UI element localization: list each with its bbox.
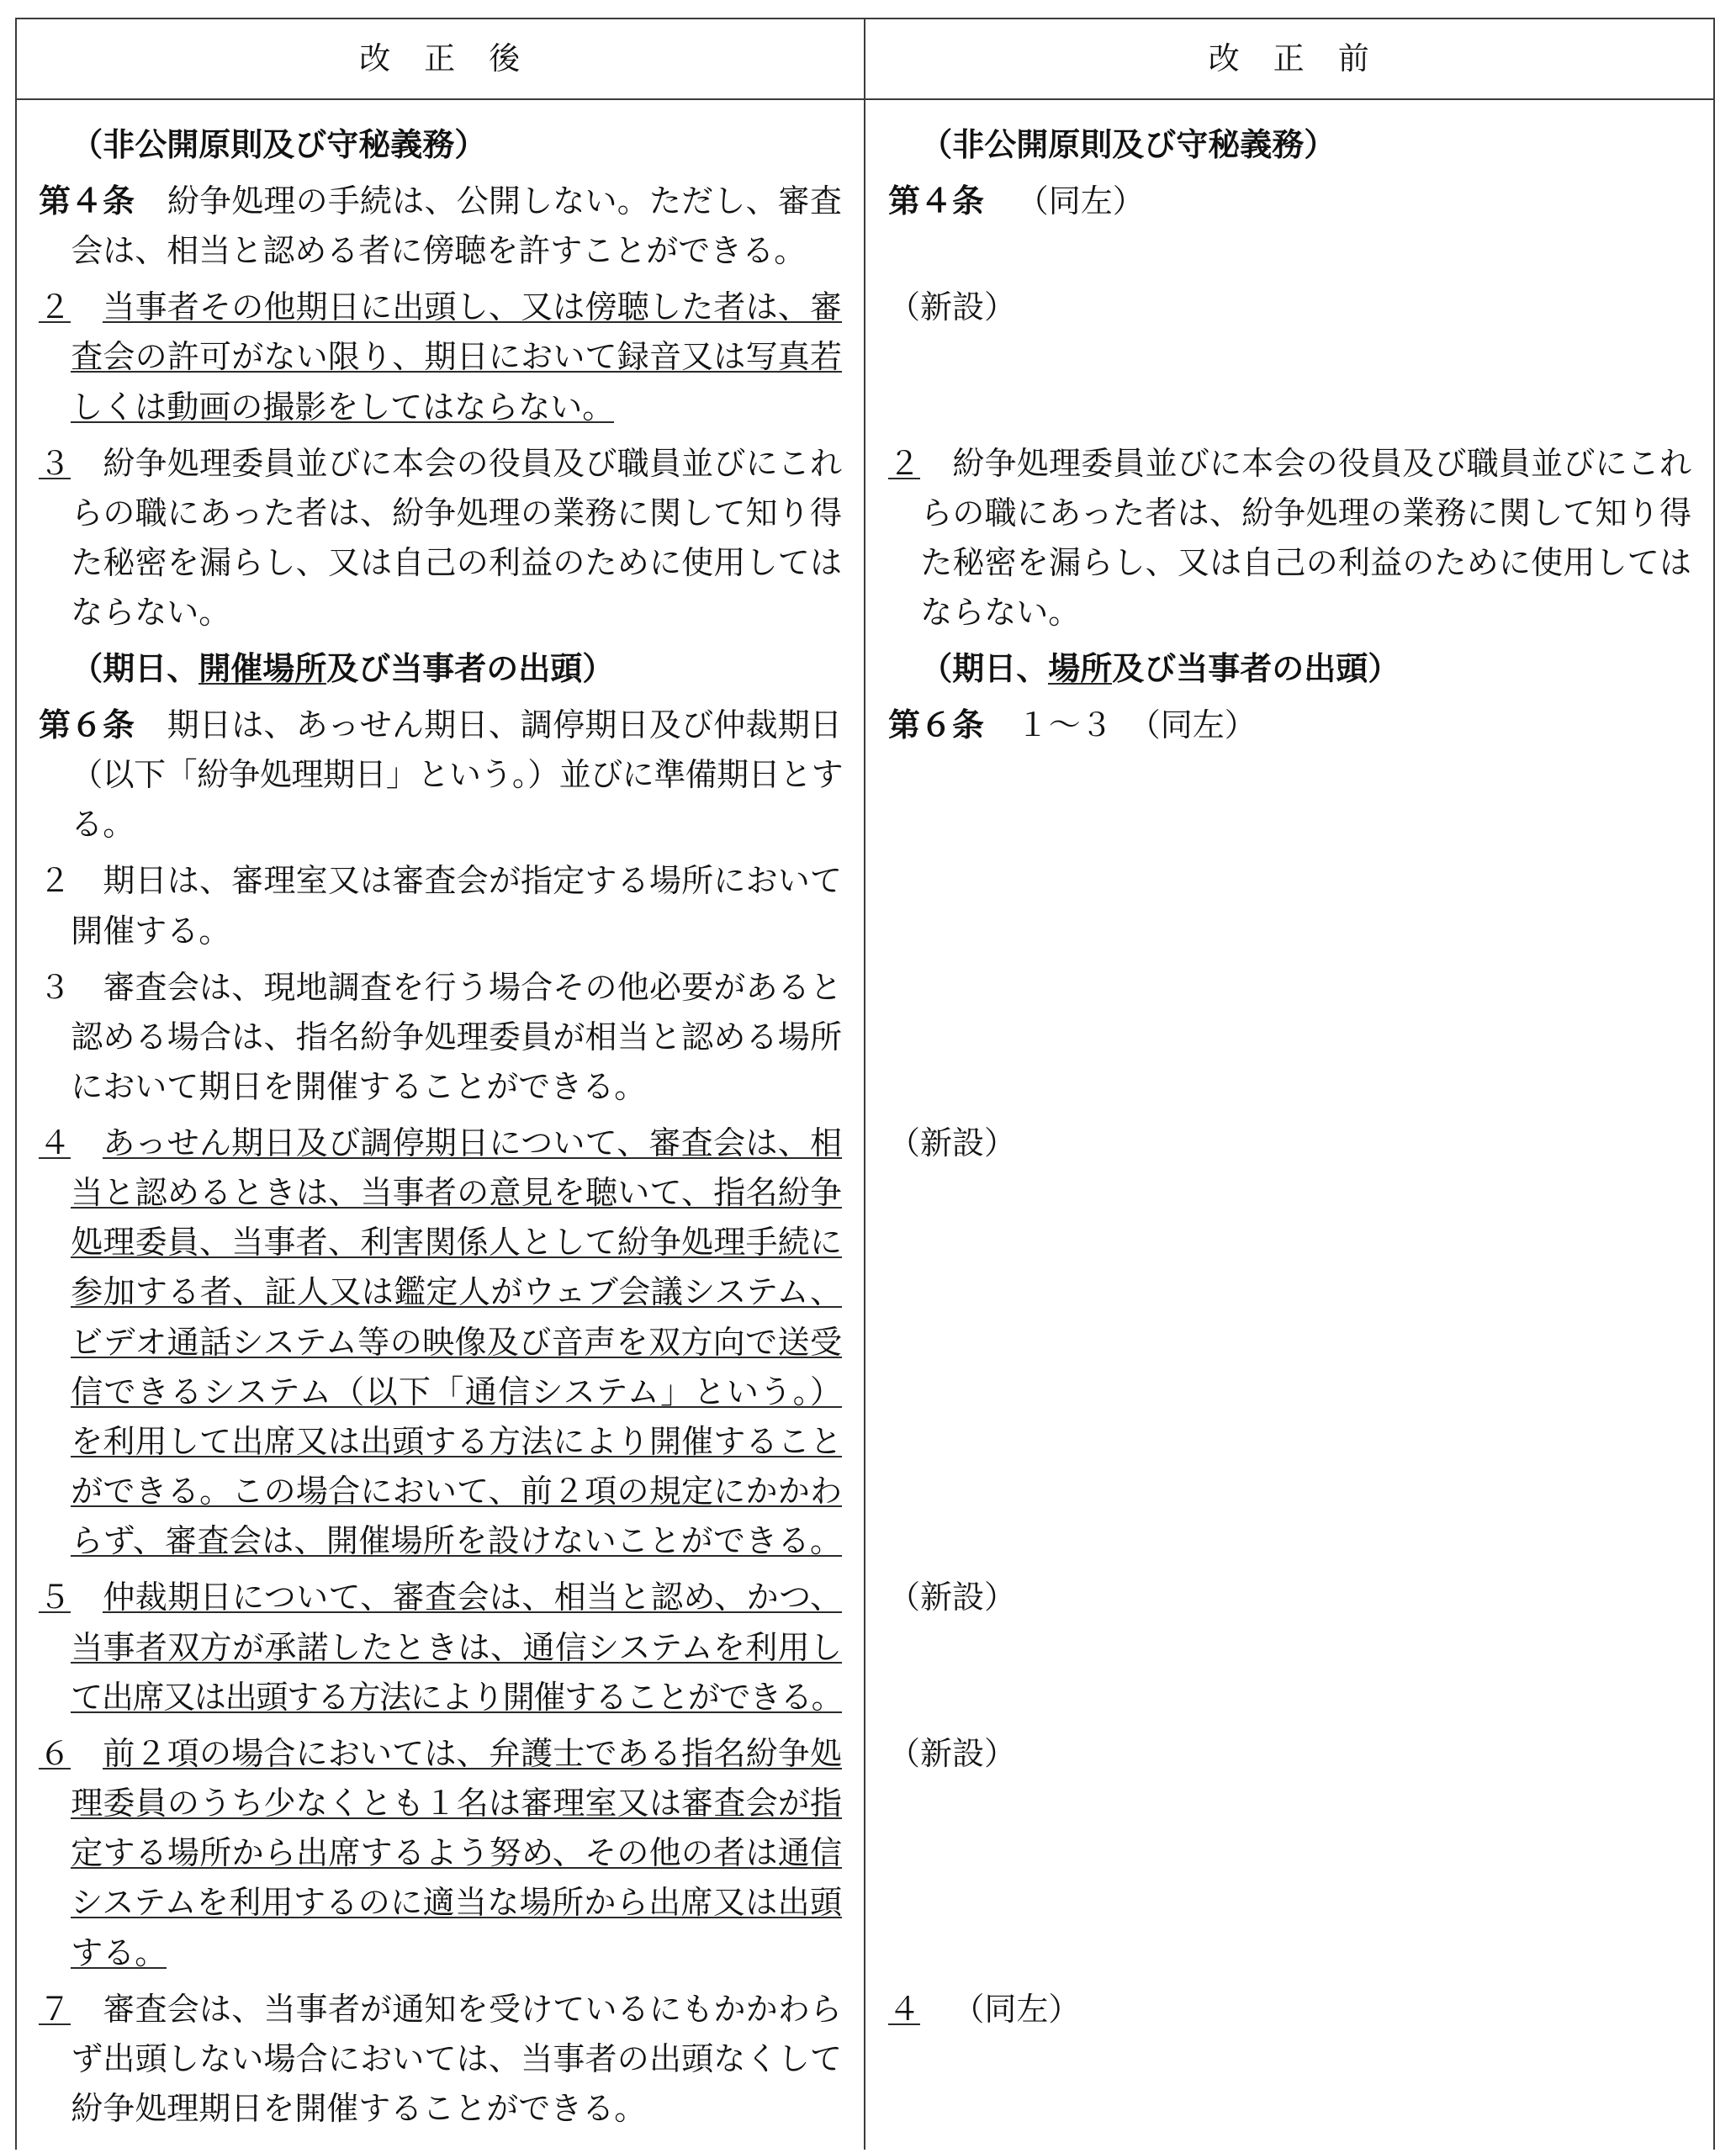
line-text: 仲裁期日について、審査会は、相当と認め、かつ、 — [103, 1583, 842, 1613]
line-text: 参加する者、証人又は鑑定人がウェブ会議システム、 — [71, 1278, 842, 1308]
line-text: 紛争処理の手続は、公開しない。ただし、審査 — [167, 187, 842, 215]
amended-cell: ２ 期日は、審理室又は審査会が指定する場所において 開催する。 — [0, 856, 865, 955]
caption-text: 及び当事者の出頭） — [326, 654, 614, 683]
note-text: （新設） — [888, 293, 1016, 321]
comparison-row: ２ 期日は、審理室又は審査会が指定する場所において 開催する。 — [0, 856, 1736, 955]
text-line: ２ 紛争処理委員並びに本会の役員及び職員並びにこれ — [888, 438, 1691, 488]
current-cell: 第６条 １～３ （同左） — [865, 700, 1736, 849]
column-header-current: 改 正 前 — [865, 19, 1713, 98]
text-line: ４ （同左） — [888, 1984, 1691, 2034]
line-text: あっせん期日及び調停期日について、審査会は、相 — [103, 1129, 842, 1159]
caption-text: （期日、 — [920, 654, 1048, 683]
label-spacer — [985, 187, 1017, 215]
text-line: 認める場合は、指名紛争処理委員が相当と認める場所 — [39, 1012, 842, 1061]
text-line: て出席又は出頭する方法により開催することができる。 — [39, 1672, 842, 1722]
text-line: らの職にあった者は、紛争処理の業務に関して知り得 — [39, 488, 842, 537]
line-text: （同左） — [1017, 187, 1145, 215]
comparison-row: ３ 審査会は、現地調査を行う場合その他必要があると 認める場合は、指名紛争処理委… — [0, 962, 1736, 1112]
line-text: て出席又は出頭する方法により開催することができる。 — [71, 1683, 842, 1713]
text-line: た秘密を漏らし、又は自己の利益のために使用しては — [888, 537, 1691, 587]
line-text: 審査会は、現地調査を行う場合その他必要があると — [103, 973, 842, 1002]
text-line: 開催する。 — [39, 906, 842, 955]
item-number: ２ — [888, 449, 920, 479]
number-spacer — [71, 1995, 103, 2023]
item-number: ７ — [39, 1995, 71, 2025]
line-text: （以下「紛争処理期日」という。）並びに準備期日とす — [71, 760, 842, 789]
amended-cell: ２ 当事者その他期日に出頭し、又は傍聴した者は、審 査会の許可がない限り、期日に… — [0, 283, 865, 432]
line-text: 開催する。 — [71, 917, 230, 945]
amended-cell: （非公開原則及び守秘義務） — [0, 119, 865, 169]
column-header-amended: 改 正 後 — [17, 19, 864, 98]
current-cell: （新設） — [865, 1573, 1736, 1722]
text-line: 処理委員、当事者、利害関係人として紛争処理手続に — [39, 1218, 842, 1267]
text-line: 第４条 紛争処理の手続は、公開しない。ただし、審査 — [39, 176, 842, 225]
text-line: ２ 当事者その他期日に出頭し、又は傍聴した者は、審 — [39, 283, 842, 332]
amended-cell: ６ 前２項の場合においては、弁護士である指名紛争処 理委員のうち少なくとも１名は… — [0, 1728, 865, 1977]
line-text: １～３ （同左） — [1017, 711, 1257, 739]
line-text: 紛争処理期日を開催することができる。 — [71, 2094, 646, 2123]
text-line: を利用して出席又は出頭する方法により開催すること — [39, 1416, 842, 1466]
text-line: ７ 審査会は、当事者が通知を受けているにもかかわら — [39, 1984, 842, 2034]
text-line: 第６条 １～３ （同左） — [888, 700, 1691, 749]
line-text: 当と認めるときは、当事者の意見を聴いて、指名紛争 — [71, 1178, 842, 1209]
article-caption: （非公開原則及び守秘義務） — [39, 119, 842, 169]
article-label: 第４条 — [39, 187, 135, 215]
text-line: 会は、相当と認める者に傍聴を許すことができる。 — [39, 226, 842, 276]
caption-text: （非公開原則及び守秘義務） — [71, 130, 486, 159]
comparison-row: ５ 仲裁期日について、審査会は、相当と認め、かつ、 当事者双方が承諾したときは、… — [0, 1573, 1736, 1722]
line-text: 認める場合は、指名紛争処理委員が相当と認める場所 — [71, 1023, 842, 1051]
comparison-table-body: （非公開原則及び守秘義務） （非公開原則及び守秘義務） 第４条 紛争処理の手続は… — [0, 119, 1736, 2133]
comparison-row: （期日、 開催場所 及び当事者の出頭） （期日、 場所 及び当事者の出頭） — [0, 643, 1736, 693]
article-label: 第６条 — [39, 711, 135, 739]
line-text: 当事者双方が承諾したときは、通信システムを利用し — [71, 1633, 842, 1664]
text-line: （新設） — [888, 1118, 1691, 1167]
comparison-row: （非公開原則及び守秘義務） （非公開原則及び守秘義務） — [0, 119, 1736, 169]
amended-cell: ５ 仲裁期日について、審査会は、相当と認め、かつ、 当事者双方が承諾したときは、… — [0, 1573, 865, 1722]
article-caption: （期日、 場所 及び当事者の出頭） — [888, 643, 1691, 693]
text-line: （新設） — [888, 1728, 1691, 1778]
line-text: た秘密を漏らし、又は自己の利益のために使用しては — [71, 548, 842, 577]
comparison-row: ２ 当事者その他期日に出頭し、又は傍聴した者は、審 査会の許可がない限り、期日に… — [0, 283, 1736, 432]
line-text: 処理委員、当事者、利害関係人として紛争処理手続に — [71, 1228, 842, 1258]
comparison-row: ７ 審査会は、当事者が通知を受けているにもかかわら ず出頭しない場合においては、… — [0, 1984, 1736, 2134]
number-spacer — [71, 866, 103, 895]
line-text: 前２項の場合においては、弁護士である指名紛争処 — [103, 1739, 842, 1769]
line-text: 当事者その他期日に出頭し、又は傍聴した者は、審 — [103, 293, 842, 323]
header-divider — [15, 98, 1715, 100]
text-line: 参加する者、証人又は鑑定人がウェブ会議システム、 — [39, 1267, 842, 1317]
line-text: 査会の許可がない限り、期日において録音又は写真若 — [71, 342, 842, 373]
current-cell — [865, 962, 1736, 1112]
line-text: を利用して出席又は出頭する方法により開催すること — [71, 1427, 842, 1457]
amended-cell: 第４条 紛争処理の手続は、公開しない。ただし、審査 会は、相当と認める者に傍聴を… — [0, 176, 865, 275]
line-text: ができる。この場合において、前２項の規定にかかわ — [71, 1477, 842, 1507]
line-text: する。 — [71, 1939, 167, 1969]
text-line: た秘密を漏らし、又は自己の利益のために使用しては — [39, 537, 842, 587]
line-text: 紛争処理委員並びに本会の役員及び職員並びにこれ — [952, 449, 1691, 478]
article-caption: （非公開原則及び守秘義務） — [888, 119, 1691, 169]
text-line: 紛争処理期日を開催することができる。 — [39, 2083, 842, 2133]
line-text: ならない。 — [71, 598, 230, 627]
amended-cell: ４ あっせん期日及び調停期日について、審査会は、相 当と認めるときは、当事者の意… — [0, 1118, 865, 1566]
note-text: （新設） — [888, 1583, 1016, 1611]
comparison-row: ３ 紛争処理委員並びに本会の役員及び職員並びにこれ らの職にあった者は、紛争処理… — [0, 438, 1736, 637]
item-number: ２ — [39, 866, 71, 895]
label-spacer — [985, 711, 1017, 739]
text-line: ならない。 — [39, 587, 842, 637]
text-line: 当事者双方が承諾したときは、通信システムを利用し — [39, 1622, 842, 1672]
comparison-row: 第４条 紛争処理の手続は、公開しない。ただし、審査 会は、相当と認める者に傍聴を… — [0, 176, 1736, 275]
note-text: （新設） — [888, 1739, 1016, 1768]
text-line: ３ 審査会は、現地調査を行う場合その他必要があると — [39, 962, 842, 1012]
text-line: （新設） — [888, 1573, 1691, 1622]
line-text: 紛争処理委員並びに本会の役員及び職員並びにこれ — [103, 449, 842, 478]
amended-cell: ７ 審査会は、当事者が通知を受けているにもかかわら ず出頭しない場合においては、… — [0, 1984, 865, 2134]
label-spacer — [135, 187, 167, 215]
text-line: 第４条 （同左） — [888, 176, 1691, 225]
line-text: ならない。 — [920, 598, 1080, 627]
line-text: 理委員のうち少なくとも１名は審理室又は審査会が指 — [71, 1789, 842, 1819]
line-text: らの職にあった者は、紛争処理の業務に関して知り得 — [71, 499, 842, 527]
amended-cell: ３ 審査会は、現地調査を行う場合その他必要があると 認める場合は、指名紛争処理委… — [0, 962, 865, 1112]
caption-changed-text: 場所 — [1048, 654, 1112, 685]
number-spacer — [71, 1129, 103, 1157]
number-spacer — [920, 449, 952, 478]
comparison-row: 第６条 期日は、あっせん期日、調停期日及び仲裁期日 （以下「紛争処理期日」という… — [0, 700, 1736, 849]
line-text: （同左） — [952, 1995, 1080, 2023]
text-line: （以下「紛争処理期日」という。）並びに準備期日とす — [39, 750, 842, 800]
number-spacer — [920, 1995, 952, 2023]
text-line: において期日を開催することができる。 — [39, 1061, 842, 1111]
text-line: システムを利用するのに適当な場所から出席又は出頭 — [39, 1878, 842, 1928]
line-text: 審査会は、当事者が通知を受けているにもかかわら — [103, 1995, 842, 2023]
comparison-row: ６ 前２項の場合においては、弁護士である指名紛争処 理委員のうち少なくとも１名は… — [0, 1728, 1736, 1977]
text-line: る。 — [39, 800, 842, 849]
caption-text: （非公開原則及び守秘義務） — [920, 130, 1336, 159]
text-line: しくは動画の撮影をしてはならない。 — [39, 382, 842, 431]
text-line: ならない。 — [888, 587, 1691, 637]
item-number: ６ — [39, 1739, 71, 1769]
line-text: る。 — [71, 810, 135, 838]
line-text: しくは動画の撮影をしてはならない。 — [71, 393, 614, 423]
comparison-row: ４ あっせん期日及び調停期日について、審査会は、相 当と認めるときは、当事者の意… — [0, 1118, 1736, 1566]
text-line: 当と認めるときは、当事者の意見を聴いて、指名紛争 — [39, 1168, 842, 1218]
number-spacer — [71, 293, 103, 321]
line-text: 期日は、審理室又は審査会が指定する場所において — [103, 866, 842, 895]
item-number: ４ — [39, 1129, 71, 1159]
item-number: ３ — [39, 449, 71, 479]
text-line: する。 — [39, 1928, 842, 1977]
note-text: （新設） — [888, 1129, 1016, 1157]
line-text: た秘密を漏らし、又は自己の利益のために使用しては — [920, 548, 1691, 577]
text-line: ２ 期日は、審理室又は審査会が指定する場所において — [39, 856, 842, 906]
current-cell: （新設） — [865, 1118, 1736, 1566]
line-text: ビデオ通話システム等の映像及び音声を双方向で送受 — [71, 1328, 842, 1358]
current-cell: ４ （同左） — [865, 1984, 1736, 2134]
text-line: 理委員のうち少なくとも１名は審理室又は審査会が指 — [39, 1778, 842, 1828]
text-line: （新設） — [888, 283, 1691, 332]
text-line: ６ 前２項の場合においては、弁護士である指名紛争処 — [39, 1728, 842, 1778]
caption-text: 及び当事者の出頭） — [1112, 654, 1400, 683]
text-line: ３ 紛争処理委員並びに本会の役員及び職員並びにこれ — [39, 438, 842, 488]
line-text: システムを利用するのに適当な場所から出席又は出頭 — [71, 1888, 842, 1918]
text-line: 第６条 期日は、あっせん期日、調停期日及び仲裁期日 — [39, 700, 842, 749]
text-line: 定する場所から出席するよう努め、その他の者は通信 — [39, 1828, 842, 1878]
item-number: ３ — [39, 973, 71, 1002]
text-line: らの職にあった者は、紛争処理の業務に関して知り得 — [888, 488, 1691, 537]
article-label: 第６条 — [888, 711, 985, 739]
amended-cell: ３ 紛争処理委員並びに本会の役員及び職員並びにこれ らの職にあった者は、紛争処理… — [0, 438, 865, 637]
text-line: 査会の許可がない限り、期日において録音又は写真若 — [39, 332, 842, 382]
text-line: ず出頭しない場合においては、当事者の出頭なくして — [39, 2034, 842, 2083]
current-cell — [865, 856, 1736, 955]
text-line: ビデオ通話システム等の映像及び音声を双方向で送受 — [39, 1317, 842, 1367]
line-text: らず、審査会は、開催場所を設けないことができる。 — [71, 1526, 842, 1557]
current-cell: （新設） — [865, 283, 1736, 432]
current-cell: 第４条 （同左） — [865, 176, 1736, 275]
number-spacer — [71, 1739, 103, 1768]
caption-text: （期日、 — [71, 654, 198, 683]
current-cell: ２ 紛争処理委員並びに本会の役員及び職員並びにこれ らの職にあった者は、紛争処理… — [865, 438, 1736, 637]
line-text: ず出頭しない場合においては、当事者の出頭なくして — [71, 2045, 842, 2073]
current-cell: （期日、 場所 及び当事者の出頭） — [865, 643, 1736, 693]
caption-changed-text: 開催場所 — [198, 654, 326, 685]
text-line: ４ あっせん期日及び調停期日について、審査会は、相 — [39, 1118, 842, 1167]
item-number: ５ — [39, 1583, 71, 1613]
line-text: 会は、相当と認める者に傍聴を許すことができる。 — [71, 236, 806, 265]
text-line: 信できるシステム（以下「通信システム」という。） — [39, 1367, 842, 1416]
text-line: ５ 仲裁期日について、審査会は、相当と認め、かつ、 — [39, 1573, 842, 1622]
article-label: 第４条 — [888, 187, 985, 215]
number-spacer — [71, 1583, 103, 1611]
current-cell: （非公開原則及び守秘義務） — [865, 119, 1736, 169]
line-text: らの職にあった者は、紛争処理の業務に関して知り得 — [920, 499, 1691, 527]
text-line: らず、審査会は、開催場所を設けないことができる。 — [39, 1516, 842, 1566]
line-text: 信できるシステム（以下「通信システム」という。） — [71, 1378, 842, 1408]
number-spacer — [71, 449, 103, 478]
item-number: ４ — [888, 1995, 920, 2025]
amended-cell: （期日、 開催場所 及び当事者の出頭） — [0, 643, 865, 693]
amended-cell: 第６条 期日は、あっせん期日、調停期日及び仲裁期日 （以下「紛争処理期日」という… — [0, 700, 865, 849]
line-text: 期日は、あっせん期日、調停期日及び仲裁期日 — [167, 711, 842, 739]
line-text: において期日を開催することができる。 — [71, 1072, 646, 1101]
current-cell: （新設） — [865, 1728, 1736, 1977]
line-text: 定する場所から出席するよう努め、その他の者は通信 — [71, 1838, 842, 1869]
label-spacer — [135, 711, 167, 739]
text-line: ができる。この場合において、前２項の規定にかかわ — [39, 1467, 842, 1516]
number-spacer — [71, 973, 103, 1002]
article-caption: （期日、 開催場所 及び当事者の出頭） — [39, 643, 842, 693]
item-number: ２ — [39, 293, 71, 323]
